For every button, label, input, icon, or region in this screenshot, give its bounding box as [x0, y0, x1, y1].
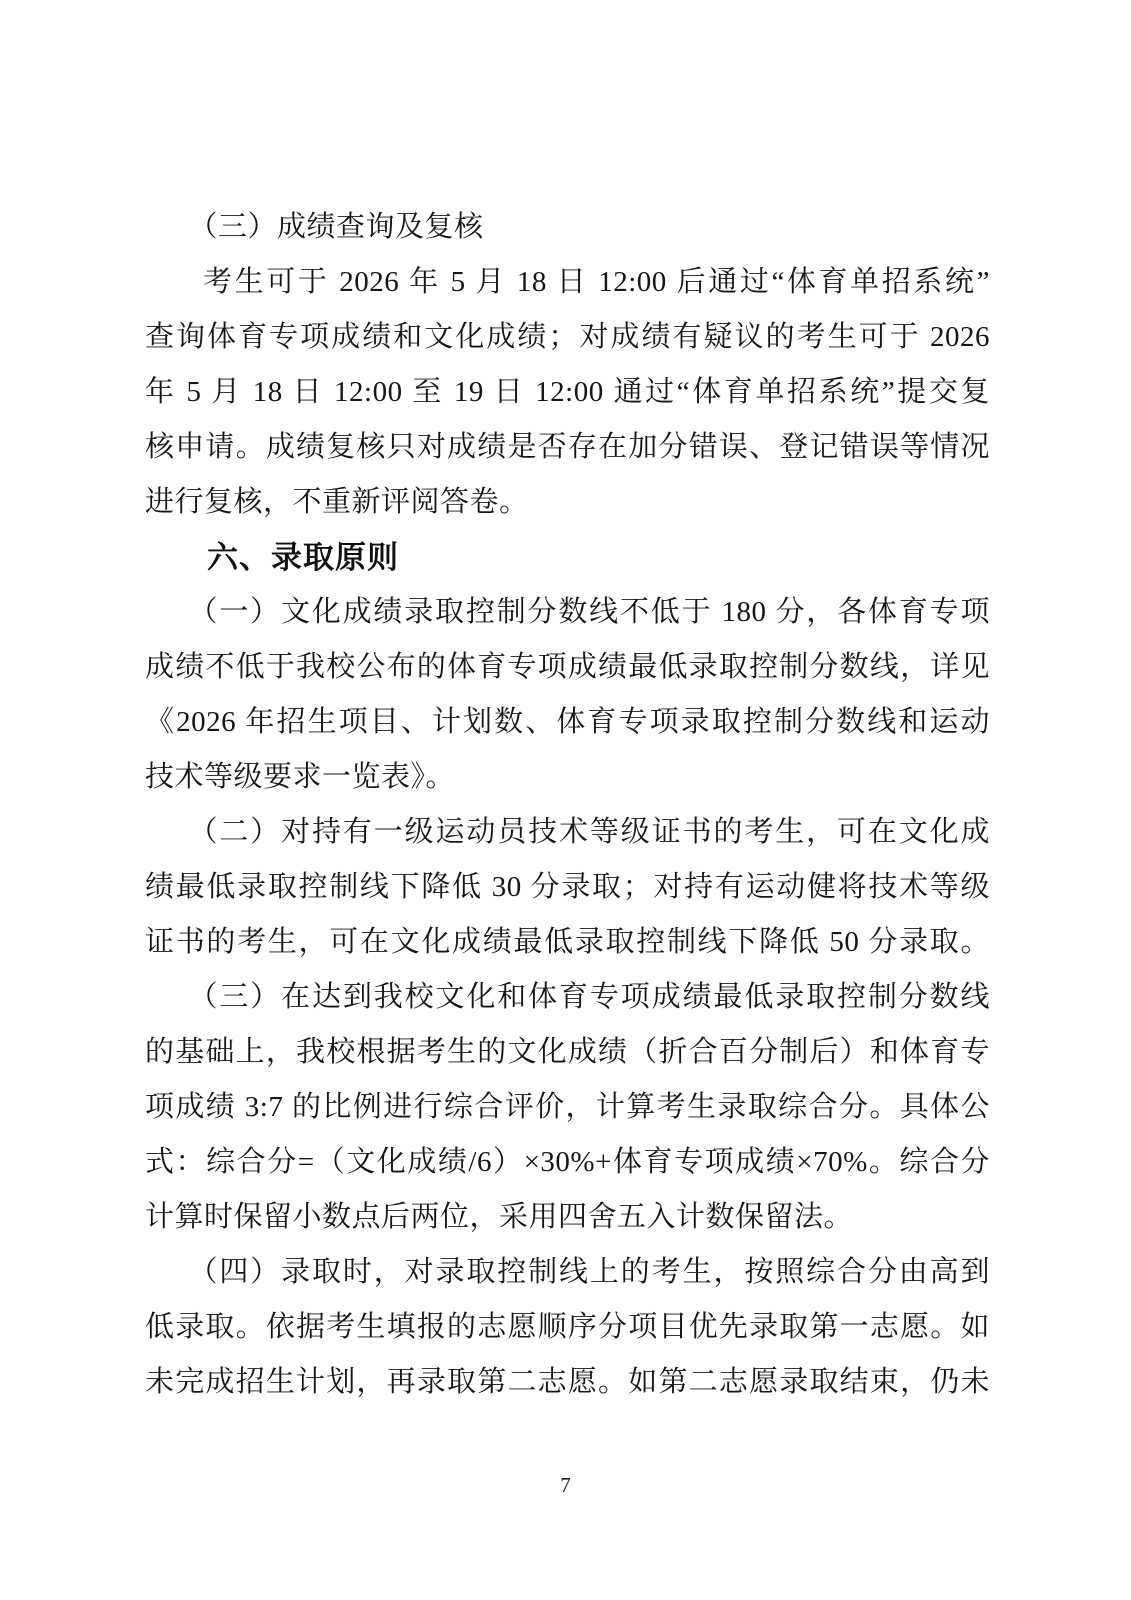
- text-line: 低录取。依据考生填报的志愿顺序分项目优先录取第一志愿。如: [145, 1300, 990, 1355]
- text-line-paragraph-1-start: （一）文化成绩录取控制分数线不低于 180 分，各体育专项: [145, 585, 990, 640]
- document-text-block: （三）成绩查询及复核 考生可于 2026 年 5 月 18 日 12:00 后通…: [145, 200, 990, 1410]
- subsection-heading-score-inquiry: （三）成绩查询及复核: [145, 200, 990, 255]
- text-line: 计算时保留小数点后两位，采用四舍五入计数保留法。: [145, 1190, 990, 1245]
- text-line: 成绩不低于我校公布的体育专项成绩最低录取控制分数线，详见: [145, 640, 990, 695]
- text-line: 《2026 年招生项目、计划数、体育专项录取控制分数线和运动: [145, 695, 990, 750]
- text-line: 查询体育专项成绩和文化成绩；对成绩有疑议的考生可于 2026: [145, 310, 990, 365]
- text-line: 进行复核，不重新评阅答卷。: [145, 475, 990, 530]
- text-line: 考生可于 2026 年 5 月 18 日 12:00 后通过“体育单招系统”: [145, 255, 990, 310]
- text-line: 未完成招生计划，再录取第二志愿。如第二志愿录取结束，仍未: [145, 1355, 990, 1410]
- page-number: 7: [0, 1470, 1131, 1500]
- text-line-paragraph-4-start: （四）录取时，对录取控制线上的考生，按照综合分由高到: [145, 1245, 990, 1300]
- text-line: 证书的考生，可在文化成绩最低录取控制线下降低 50 分录取。: [145, 915, 990, 970]
- text-line: 的基础上，我校根据考生的文化成绩（折合百分制后）和体育专: [145, 1025, 990, 1080]
- section-heading-admission-principles: 六、录取原则: [145, 530, 990, 585]
- text-line: 技术等级要求一览表》。: [145, 750, 990, 805]
- text-line-paragraph-3-start: （三）在达到我校文化和体育专项成绩最低录取控制分数线: [145, 970, 990, 1025]
- text-line: 式：综合分=（文化成绩/6）×30%+体育专项成绩×70%。综合分: [145, 1135, 990, 1190]
- text-line: 项成绩 3:7 的比例进行综合评价，计算考生录取综合分。具体公: [145, 1080, 990, 1135]
- text-line: 绩最低录取控制线下降低 30 分录取；对持有运动健将技术等级: [145, 860, 990, 915]
- text-line: 核申请。成绩复核只对成绩是否存在加分错误、登记错误等情况: [145, 420, 990, 475]
- document-page: （三）成绩查询及复核 考生可于 2026 年 5 月 18 日 12:00 后通…: [0, 0, 1131, 1600]
- text-line-paragraph-2-start: （二）对持有一级运动员技术等级证书的考生，可在文化成: [145, 805, 990, 860]
- text-line: 年 5 月 18 日 12:00 至 19 日 12:00 通过“体育单招系统”…: [145, 365, 990, 420]
